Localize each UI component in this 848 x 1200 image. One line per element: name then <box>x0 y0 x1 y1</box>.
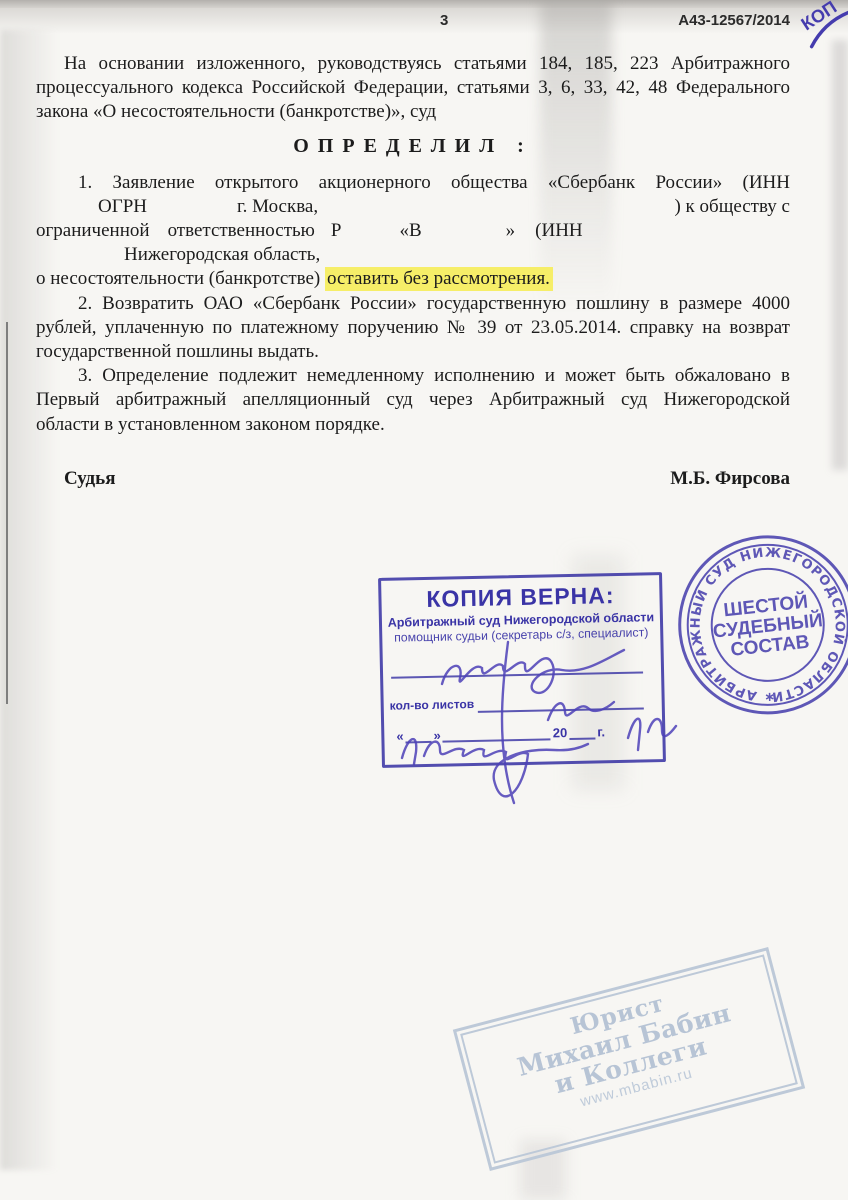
item1-city: г. Москва, <box>237 195 318 219</box>
scan-artifact-left-line <box>6 322 8 704</box>
item1-ogrn-label: ОГРН <box>98 195 147 219</box>
ruling-item-1: 1. Заявление открытого акционерного обще… <box>36 171 790 292</box>
sheets-count-line <box>478 707 644 712</box>
item2-line: рублей, уплаченную по платежному поручен… <box>36 316 790 340</box>
date-row: « » 20 г. <box>394 721 650 743</box>
page-number: 3 <box>440 12 448 29</box>
item1-line3-word: » <box>506 220 516 241</box>
item1-line3-word: ответственностью <box>168 220 315 241</box>
judge-name: М.Б. Фирсова <box>670 468 790 490</box>
copy-certification-stamp: КОПИЯ ВЕРНА: Арбитражный суд Нижегородск… <box>378 572 666 768</box>
item1-line1: 1. Заявление открытого акционерного обще… <box>36 171 790 195</box>
item2-line: государственной пошлины выдать. <box>36 340 790 364</box>
year-suffix: г. <box>595 724 607 739</box>
item1-line2-tail: ) к обществу с <box>674 195 790 219</box>
item1-line5: о несостоятельности (банкротстве) остави… <box>36 267 790 291</box>
intro-line: процессуального кодекса Российской Федер… <box>36 76 790 100</box>
intro-line: закона «О несостоятельности (банкротстве… <box>36 100 790 124</box>
item1-line4: Нижегородская область, <box>36 243 790 267</box>
watermark-inner-frame: Юрист Михаил Бабин и Коллеги www.mbabin.… <box>460 954 798 1163</box>
sheets-count-label: кол-во листов <box>390 697 475 713</box>
item1-line2: ОГРН г. Москва, ) к обществу с <box>36 195 790 219</box>
item2-line: 2. Возвратить ОАО «Сбербанк России» госу… <box>36 292 790 316</box>
intro-paragraph: На основании изложенного, руководствуясь… <box>36 52 790 125</box>
round-court-stamp: ∗ АРБИТРАЖНЫЙ СУД НИЖЕГОРОДСКОЙ ОБЛАСТИ … <box>667 522 848 732</box>
lawyer-watermark-stamp: Юрист Михаил Бабин и Коллеги www.mbabin.… <box>453 947 805 1171</box>
item1-line3-word: Р <box>331 220 342 241</box>
corner-stamp-fragment: КОП <box>788 0 848 57</box>
signature-row: Судья М.Б. Фирсова <box>36 468 790 490</box>
item1-line3-word: (ИНН <box>535 220 583 241</box>
item1-line5-pre: о несостоятельности (банкротстве) <box>36 268 325 289</box>
item3-line: 3. Определение подлежит немедленному исп… <box>36 364 790 388</box>
item1-line3-word: ограниченной <box>36 220 150 241</box>
year-line <box>569 722 595 740</box>
signature-line <box>391 671 643 678</box>
copy-stamp-title: КОПИЯ ВЕРНА: <box>381 581 660 614</box>
item1-line3-word: «В <box>399 220 421 241</box>
item1-line3: ограниченнойответственностьюР«В»(ИНН <box>36 219 790 243</box>
scan-artifact-top-edge <box>0 0 848 8</box>
highlighted-ruling-text: оставить без рассмотрения. <box>325 267 553 291</box>
ruling-item-2: 2. Возвратить ОАО «Сбербанк России» госу… <box>36 292 790 365</box>
intro-line: На основании изложенного, руководствуясь… <box>36 52 790 76</box>
item1-region: Нижегородская область, <box>124 244 320 265</box>
quote-close: » <box>431 728 443 743</box>
item3-line: области в установленном законом порядке. <box>36 413 790 437</box>
day-line <box>405 726 431 744</box>
ruling-item-3: 3. Определение подлежит немедленному исп… <box>36 364 790 437</box>
item3-line: Первый арбитражный апелляционный суд чер… <box>36 388 790 412</box>
scan-artifact-right-column <box>832 40 848 470</box>
year-prefix: 20 <box>551 725 570 740</box>
quote-open: « <box>394 728 406 743</box>
ruling-heading: ОПРЕДЕЛИЛ : <box>36 134 790 159</box>
month-line <box>443 723 551 742</box>
judge-label: Судья <box>64 468 116 490</box>
scanned-court-document: 3 А43-12567/2014 На основании изложенног… <box>0 0 848 1200</box>
corner-stamp-text: КОП <box>798 0 841 34</box>
case-number: А43-12567/2014 <box>678 12 790 29</box>
document-body: На основании изложенного, руководствуясь… <box>36 52 790 437</box>
